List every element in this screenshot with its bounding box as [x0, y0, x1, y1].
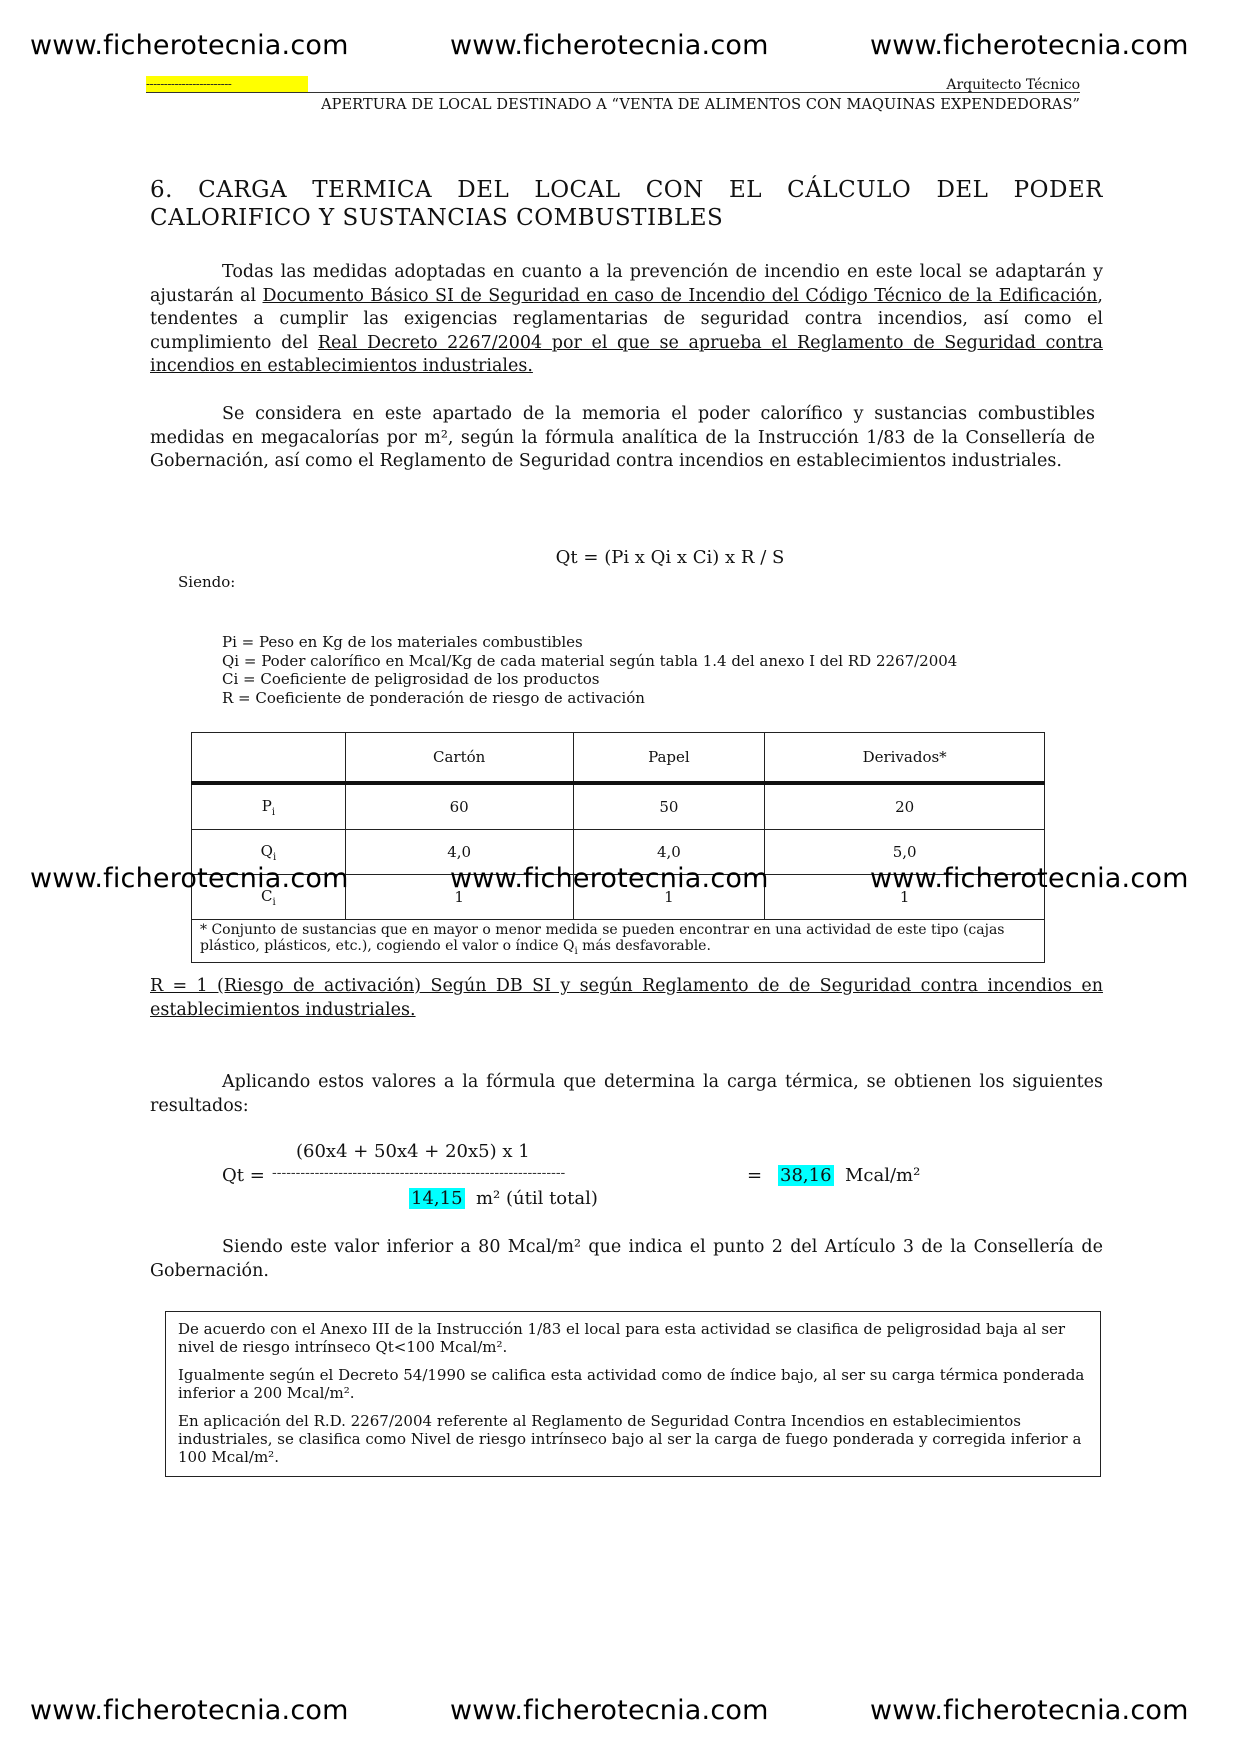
- table-header-cell: Derivados*: [765, 733, 1045, 784]
- watermark: www.ficherotecnia.com: [450, 30, 769, 61]
- paragraph-intro: Todas las medidas adoptadas en cuanto a …: [150, 261, 1103, 379]
- table-cell: 50: [573, 783, 765, 830]
- table-note-row: * Conjunto de sustancias que en mayor o …: [192, 920, 1045, 963]
- formula: Qt = (Pi x Qi x Ci) x R / S: [150, 547, 1090, 568]
- table-cell: 60: [345, 783, 573, 830]
- watermark: www.ficherotecnia.com: [30, 30, 349, 61]
- conclusion-instruccion: De acuerdo con el Anexo III de la Instru…: [178, 1320, 1088, 1356]
- conclusion-box: De acuerdo con el Anexo III de la Instru…: [165, 1311, 1101, 1477]
- paragraph-text: Se considera en este apartado de la memo…: [150, 404, 1095, 471]
- table-cell: 20: [765, 783, 1045, 830]
- calc-denominator: 14,15 m² (útil total): [409, 1188, 598, 1209]
- definition-qi: Qi = Poder calorífico en Mcal/Kg de cada…: [222, 652, 957, 671]
- calc-fraction-bar: ----------------------------------------…: [272, 1165, 565, 1181]
- author-redacted: ------------------------: [146, 76, 308, 93]
- table-row: Pi 60 50 20: [192, 783, 1045, 830]
- definitions-list: Pi = Peso en Kg de los materiales combus…: [222, 633, 957, 707]
- watermark: www.ficherotecnia.com: [870, 1695, 1189, 1726]
- definition-pi: Pi = Peso en Kg de los materiales combus…: [222, 633, 957, 652]
- result-value: 38,16: [778, 1165, 834, 1186]
- header-role: Arquitecto Técnico: [860, 77, 1080, 93]
- materials-table: Cartón Papel Derivados* Pi 60 50 20 Qi 4…: [191, 732, 1045, 963]
- section-title: 6. CARGA TERMICA DEL LOCAL CON EL CÁLCUL…: [150, 176, 1103, 232]
- table-header-row: Cartón Papel Derivados*: [192, 733, 1045, 784]
- result-unit: Mcal/m²: [845, 1165, 920, 1186]
- paragraph-text: Siendo este valor inferior a 80 Mcal/m² …: [150, 1237, 1103, 1281]
- table-footnote: * Conjunto de sustancias que en mayor o …: [192, 920, 1045, 963]
- calc-equals: =: [747, 1165, 762, 1186]
- watermark: www.ficherotecnia.com: [450, 1695, 769, 1726]
- table-header-cell: [192, 733, 346, 784]
- table-header-cell: Papel: [573, 733, 765, 784]
- conclusion-decreto: Igualmente según el Decreto 54/1990 se c…: [178, 1366, 1088, 1402]
- paragraph-text: Aplicando estos valores a la fórmula que…: [150, 1072, 1103, 1116]
- watermark: www.ficherotecnia.com: [450, 863, 769, 894]
- watermark: www.ficherotecnia.com: [30, 1695, 349, 1726]
- paragraph-method: Se considera en este apartado de la memo…: [150, 403, 1095, 474]
- conclusion-rd: En aplicación del R.D. 2267/2004 referen…: [178, 1412, 1088, 1466]
- paragraph-comparison: Siendo este valor inferior a 80 Mcal/m² …: [150, 1236, 1103, 1283]
- row-label: Pi: [192, 783, 346, 830]
- table-header-cell: Cartón: [345, 733, 573, 784]
- siendo-label: Siendo:: [178, 573, 235, 591]
- calc-qt-label: Qt =: [222, 1165, 265, 1186]
- calc-numerator: (60x4 + 50x4 + 20x5) x 1: [296, 1141, 530, 1162]
- area-unit: m² (útil total): [476, 1188, 598, 1209]
- calc-result: 38,16 Mcal/m²: [778, 1165, 920, 1186]
- paragraph-apply: Aplicando estos valores a la fórmula que…: [150, 1071, 1103, 1118]
- definition-r: R = Coeficiente de ponderación de riesgo…: [222, 689, 957, 708]
- reference-db-si: Documento Básico SI de Seguridad en caso…: [263, 286, 1098, 306]
- watermark: www.ficherotecnia.com: [30, 863, 349, 894]
- definition-ci: Ci = Coeficiente de peligrosidad de los …: [222, 670, 957, 689]
- watermark: www.ficherotecnia.com: [870, 30, 1189, 61]
- header-project-title: APERTURA DE LOCAL DESTINADO A “VENTA DE …: [146, 97, 1080, 113]
- header-divider: [146, 92, 1080, 93]
- area-value: 14,15: [409, 1188, 465, 1209]
- r-coefficient-note: R = 1 (Riesgo de activación) Según DB SI…: [150, 975, 1103, 1022]
- watermark: www.ficherotecnia.com: [870, 863, 1189, 894]
